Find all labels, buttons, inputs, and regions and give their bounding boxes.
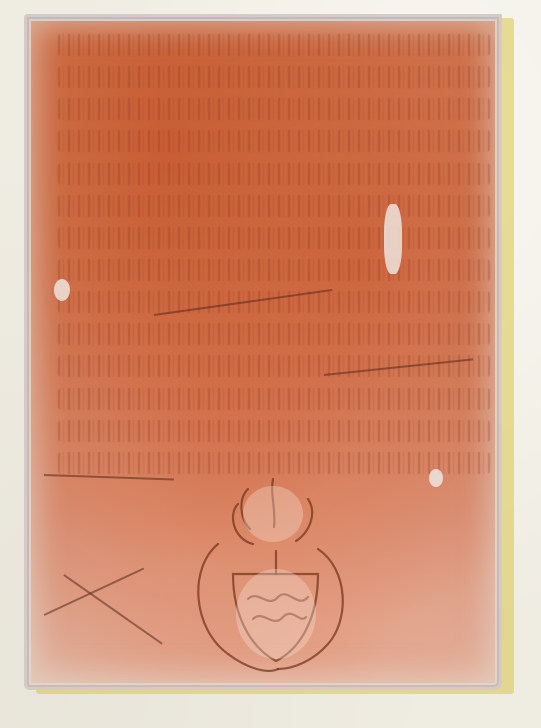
inscription-line — [58, 355, 490, 377]
plaster-chip — [384, 204, 402, 274]
inscription-line — [58, 291, 490, 313]
inscription-line — [58, 388, 490, 410]
coat-of-arms — [178, 469, 358, 679]
plaster-chip — [429, 469, 443, 487]
terracotta-plaque — [24, 14, 502, 690]
inscription-line — [58, 66, 490, 88]
inscription-line — [58, 130, 490, 152]
inscription-line — [58, 259, 490, 281]
inscription-line — [58, 420, 490, 442]
inscription-line — [58, 163, 490, 185]
inscription-line — [58, 323, 490, 345]
inscription-line — [58, 195, 490, 217]
inscription-line — [58, 34, 490, 56]
coat-of-arms-relief-icon — [178, 469, 358, 679]
inscription-line — [58, 227, 490, 249]
plaster-chip — [54, 279, 70, 301]
inscription-line — [58, 98, 490, 120]
eroded-inscription — [54, 34, 494, 474]
